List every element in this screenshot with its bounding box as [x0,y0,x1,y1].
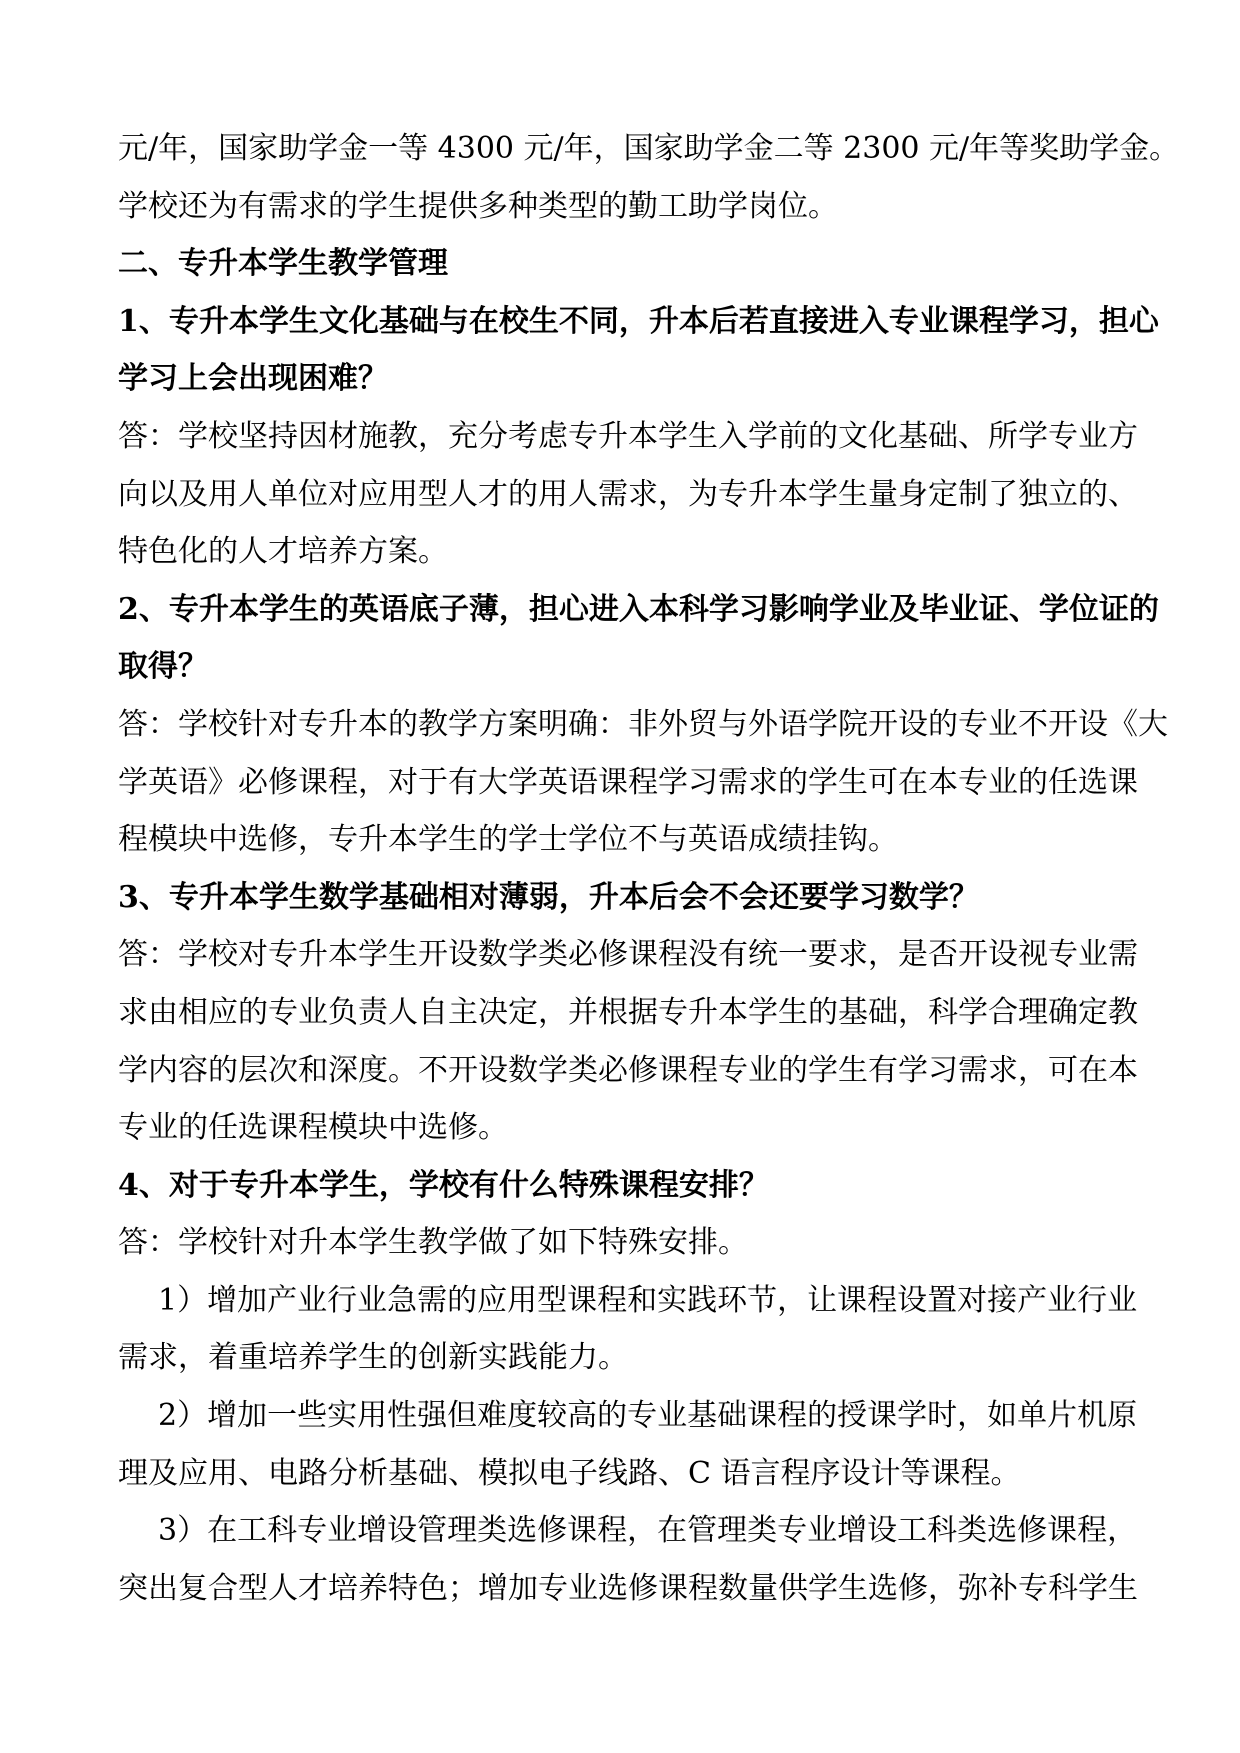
text-line: 二、专升本学生教学管理 [118,235,1140,293]
text-line: 答：学校针对升本学生教学做了如下特殊安排。 [118,1214,1140,1272]
text-line: 学校还为有需求的学生提供多种类型的勤工助学岗位。 [118,178,1140,236]
page-content: 元/年，国家助学金一等 4300 元/年，国家助学金二等 2300 元/年等奖助… [0,0,1240,1617]
text-line: 向以及用人单位对应用型人才的用人需求，为专升本学生量身定制了独立的、 [118,466,1140,524]
text-line: 专业的任选课程模块中选修。 [118,1099,1140,1157]
text-line: 特色化的人才培养方案。 [118,523,1140,581]
text-line: 2、专升本学生的英语底子薄，担心进入本科学习影响学业及毕业证、学位证的 [118,581,1140,639]
text-line: 3、专升本学生数学基础相对薄弱，升本后会不会还要学习数学？ [118,869,1140,927]
text-line: 学内容的层次和深度。不开设数学类必修课程专业的学生有学习需求，可在本 [118,1042,1140,1100]
text-line: 答：学校针对专升本的教学方案明确：非外贸与外语学院开设的专业不开设《大 [118,696,1140,754]
text-line: 取得？ [118,638,1140,696]
text-line: 求由相应的专业负责人自主决定，并根据专升本学生的基础，科学合理确定教 [118,984,1140,1042]
text-line: 答：学校对专升本学生开设数学类必修课程没有统一要求，是否开设视专业需 [118,926,1140,984]
text-line: 学英语》必修课程，对于有大学英语课程学习需求的学生可在本专业的任选课 [118,754,1140,812]
text-line: 学习上会出现困难？ [118,350,1140,408]
text-line: 4、对于专升本学生，学校有什么特殊课程安排？ [118,1157,1140,1215]
text-line: 1、专升本学生文化基础与在校生不同，升本后若直接进入专业课程学习，担心 [118,293,1140,351]
text-line: 程模块中选修，专升本学生的学士学位不与英语成绩挂钩。 [118,811,1140,869]
text-line: 1）增加产业行业急需的应用型课程和实践环节，让课程设置对接产业行业 [118,1272,1140,1330]
text-line: 答：学校坚持因材施教，充分考虑专升本学生入学前的文化基础、所学专业方 [118,408,1140,466]
text-line: 2）增加一些实用性强但难度较高的专业基础课程的授课学时，如单片机原 [118,1387,1140,1445]
text-line: 元/年，国家助学金一等 4300 元/年，国家助学金二等 2300 元/年等奖助… [118,120,1140,178]
text-line: 理及应用、电路分析基础、模拟电子线路、C 语言程序设计等课程。 [118,1445,1140,1503]
text-line: 需求，着重培养学生的创新实践能力。 [118,1329,1140,1387]
text-line: 突出复合型人才培养特色；增加专业选修课程数量供学生选修，弥补专科学生 [118,1560,1140,1618]
document-page: 元/年，国家助学金一等 4300 元/年，国家助学金二等 2300 元/年等奖助… [0,0,1240,1753]
text-line: 3）在工科专业增设管理类选修课程，在管理类专业增设工科类选修课程， [118,1502,1140,1560]
